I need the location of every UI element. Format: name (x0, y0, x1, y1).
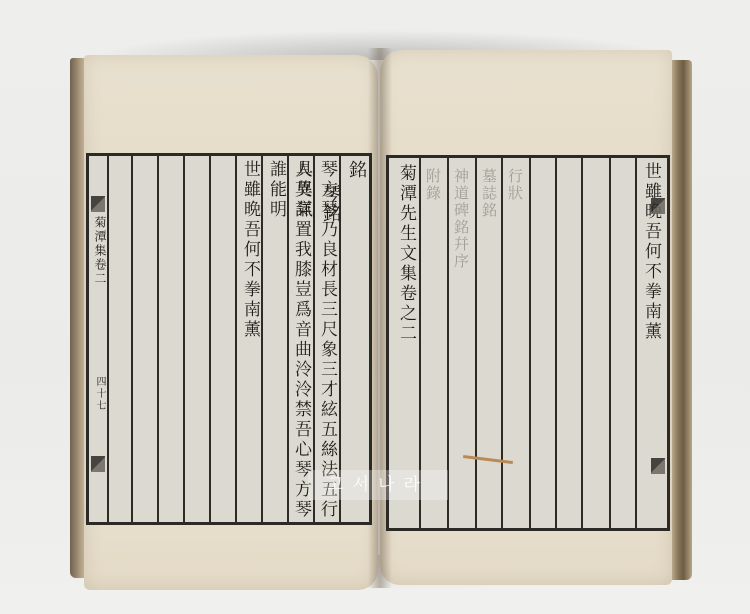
text-column-2: 人莫詳置我膝豈爲音曲泠泠禁吾心琴方琴誰能明 (264, 160, 314, 522)
fishtail-mark-bottom (651, 458, 665, 474)
faded-column-1: 附錄 (423, 168, 444, 202)
side-column-text: 世雖晩吾何不拳南薰 (639, 162, 664, 342)
fishtail-mark-bottom (91, 456, 105, 472)
header-label: 銘 (343, 160, 369, 180)
column-rule (183, 156, 185, 522)
column-rule (107, 156, 109, 522)
column-rule (209, 156, 211, 522)
faded-column-4: 行狀 (505, 168, 526, 202)
column-rule (529, 158, 531, 528)
book-edge-right (670, 60, 692, 580)
column-rule (475, 158, 477, 528)
page-number: 四十七 (92, 376, 107, 412)
column-rule (235, 156, 237, 522)
column-rule (609, 158, 611, 528)
column-rule (635, 158, 637, 528)
text-column-3: 世雖晩吾何不拳南薰 (238, 160, 263, 340)
margin-title: 菊潭集卷二 (92, 216, 109, 286)
column-rule (501, 158, 503, 528)
watermark: 고서나라 (308, 470, 448, 500)
column-rule (555, 158, 557, 528)
fishtail-mark-top (91, 196, 105, 212)
column-rule (131, 156, 133, 522)
column-rule (157, 156, 159, 522)
fishtail-mark-top (651, 198, 665, 214)
column-rule (581, 158, 583, 528)
faded-column-3: 墓誌銘 (479, 168, 500, 219)
faded-column-2: 神道碑銘幷序 (451, 168, 472, 270)
volume-title: 菊潭先生文集卷之二 (394, 164, 419, 344)
